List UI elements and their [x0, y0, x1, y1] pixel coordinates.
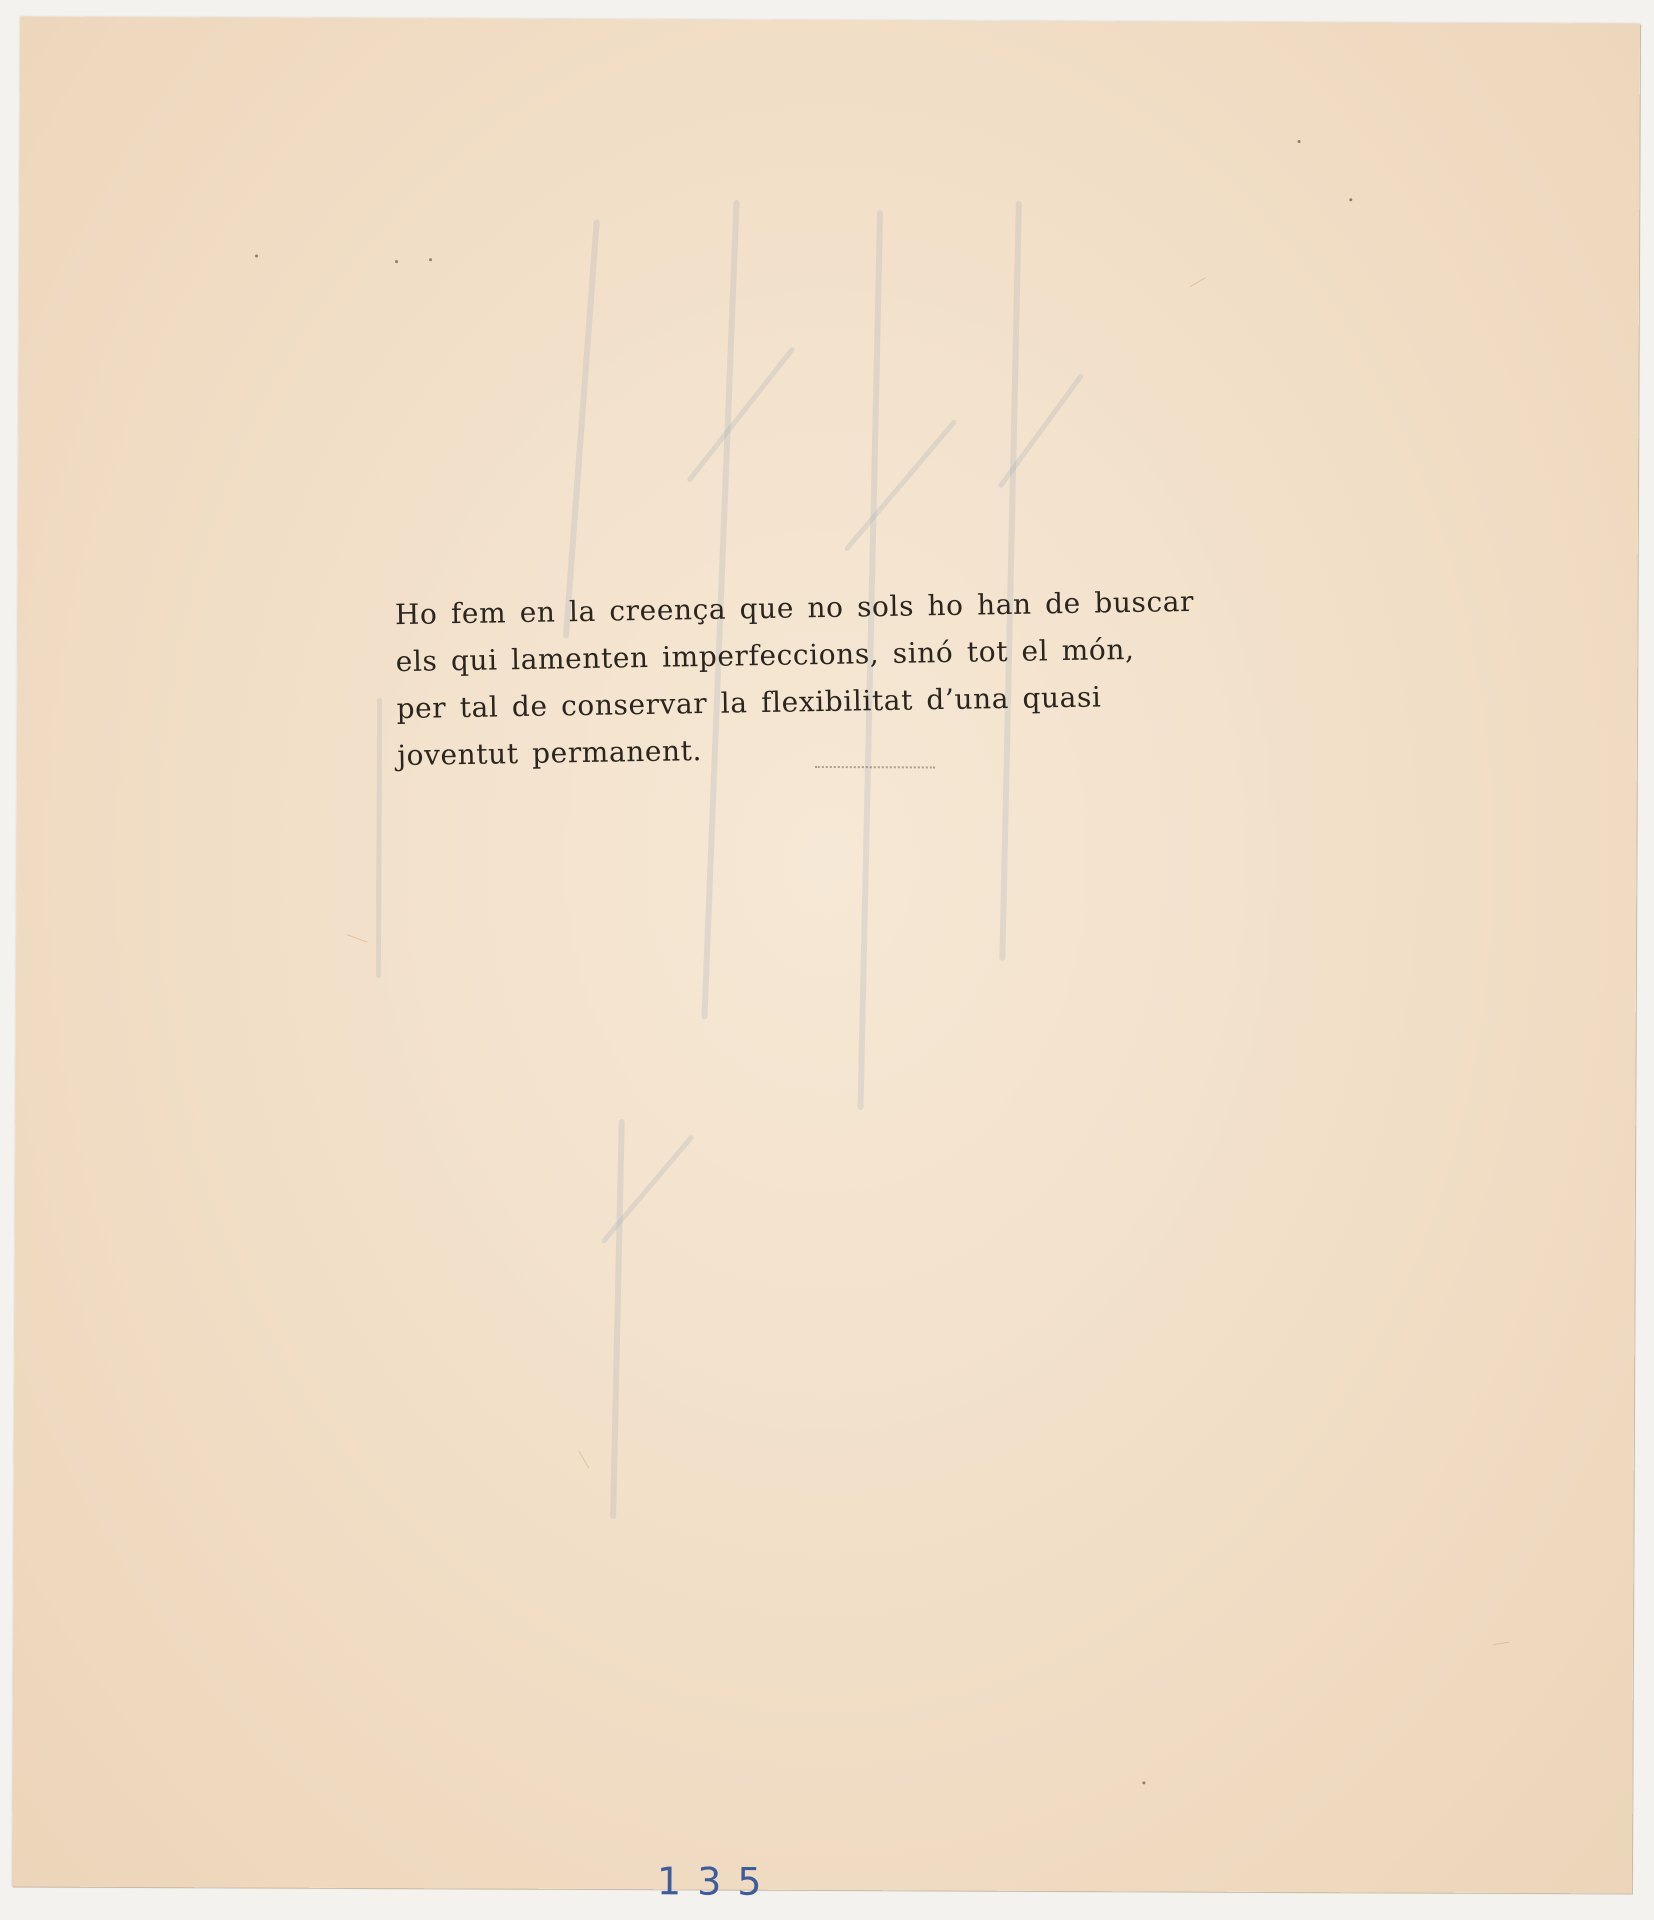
paper-fibre [578, 1451, 589, 1469]
ink-speck [255, 255, 258, 258]
bleed-through-mark [686, 346, 795, 483]
paper-fibre [1493, 1642, 1509, 1646]
ink-speck [1349, 198, 1352, 201]
handwritten-page-number: 135 [657, 1859, 778, 1904]
ink-speck [1142, 1781, 1145, 1784]
printed-paragraph: Ho fem en la creença que no sols ho han … [395, 577, 1238, 779]
bleed-through-mark [844, 419, 958, 552]
ink-speck [1298, 140, 1301, 143]
paper-fibre [347, 934, 368, 943]
paper-page: Ho fem en la creença que no sols ho han … [12, 16, 1640, 1893]
bleed-through-mark [563, 219, 600, 638]
bleed-through-mark [610, 1119, 625, 1519]
paper-fibre [1190, 277, 1206, 287]
ink-speck [429, 258, 432, 261]
ink-speck [395, 260, 398, 263]
bleed-through-mark [600, 1134, 694, 1244]
bleed-through-mark [376, 698, 382, 978]
